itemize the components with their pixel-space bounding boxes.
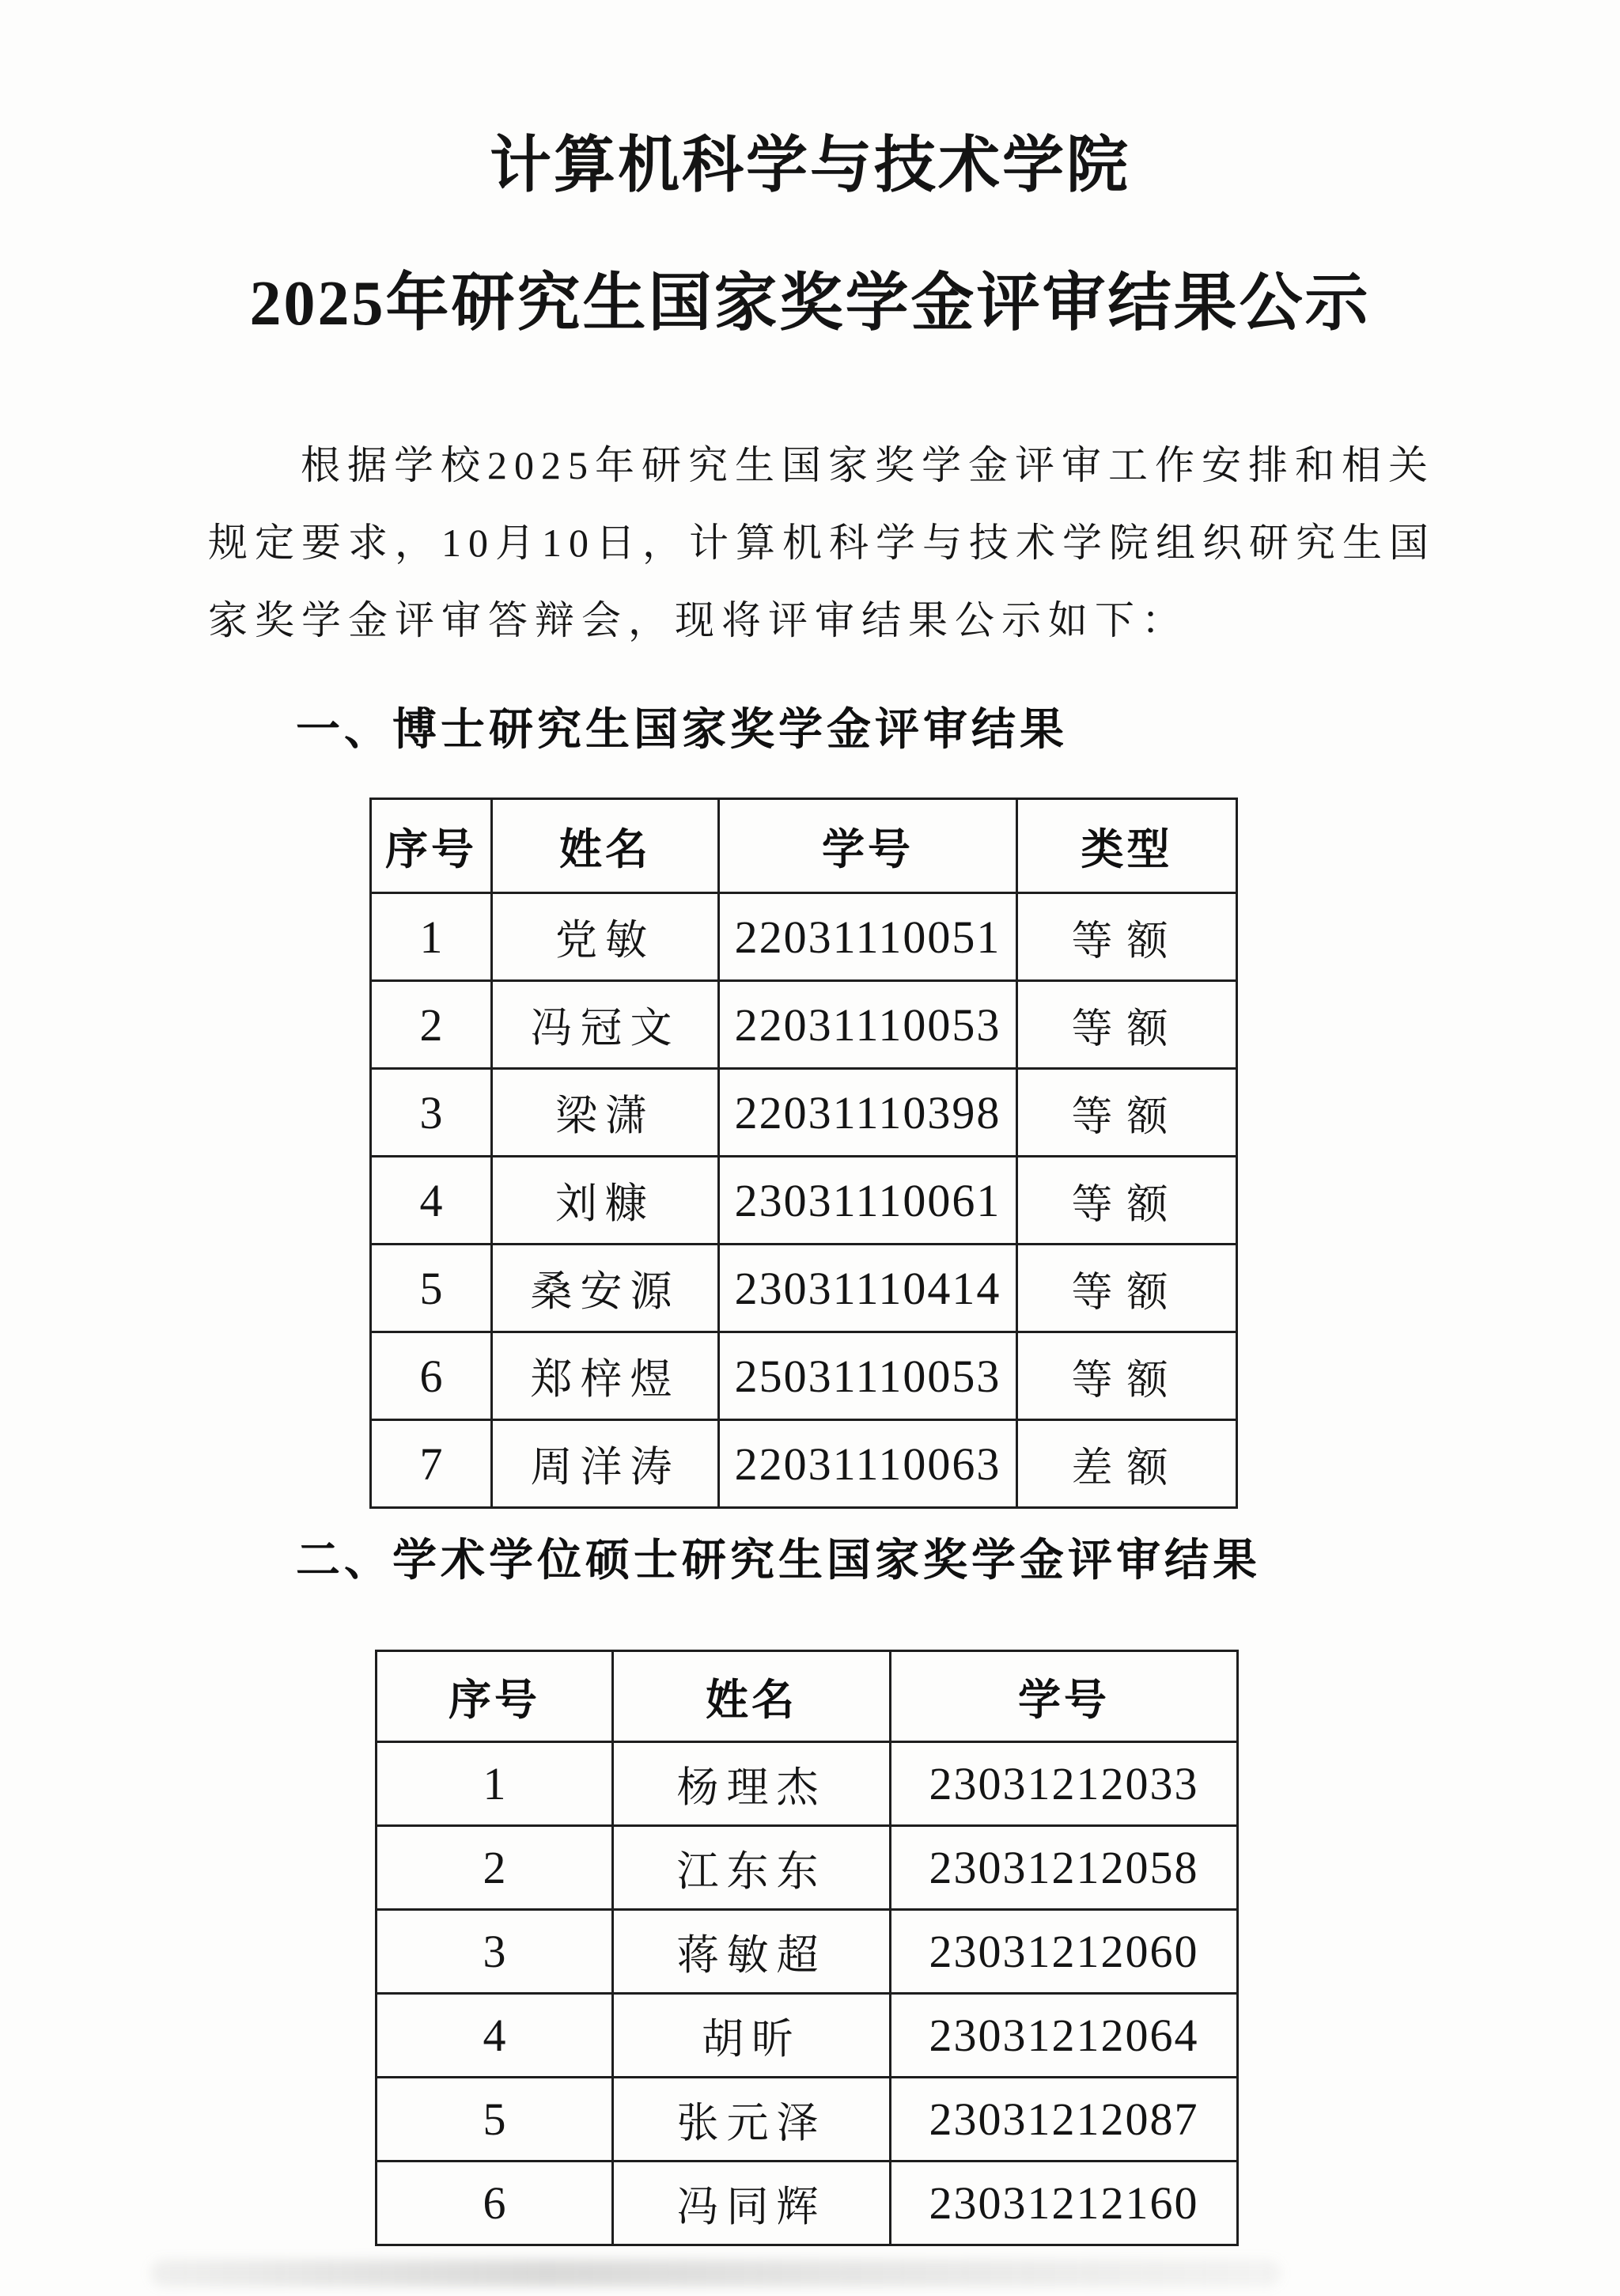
table-cell: 桑安源 xyxy=(492,1245,719,1332)
table-cell: 等额 xyxy=(1017,1332,1237,1420)
body-paragraph-line-1: 根据学校2025年研究生国家奖学金评审工作安排和相关 xyxy=(301,434,1435,491)
masters-results-table: 序号 姓名 学号 1 杨理杰 23031212033 2 江东东 2303121… xyxy=(375,1650,1239,2246)
table-cell: 差额 xyxy=(1017,1420,1237,1508)
table-cell: 23031212033 xyxy=(891,1742,1238,1826)
table-cell: 22031110063 xyxy=(719,1420,1017,1508)
table-row: 5 桑安源 23031110414 等额 xyxy=(371,1245,1237,1332)
column-header-index: 序号 xyxy=(371,799,492,893)
table-cell: 郑梓煜 xyxy=(492,1332,719,1420)
table-header-row: 序号 姓名 学号 xyxy=(377,1651,1238,1742)
table-cell: 22031110053 xyxy=(719,981,1017,1069)
table-cell: 23031212058 xyxy=(891,1826,1238,1910)
table-cell: 23031110414 xyxy=(719,1245,1017,1332)
table-row: 3 梁潇 22031110398 等额 xyxy=(371,1069,1237,1157)
table-cell: 等额 xyxy=(1017,1245,1237,1332)
column-header-name: 姓名 xyxy=(613,1651,891,1742)
table-cell: 25031110053 xyxy=(719,1332,1017,1420)
table-cell: 冯同辉 xyxy=(613,2161,891,2245)
table-cell: 梁潇 xyxy=(492,1069,719,1157)
table-cell: 23031212060 xyxy=(891,1910,1238,1994)
table-row: 1 杨理杰 23031212033 xyxy=(377,1742,1238,1826)
section1-heading: 一、博士研究生国家奖学金评审结果 xyxy=(296,695,1068,758)
column-header-type: 类型 xyxy=(1017,799,1237,893)
table-cell: 23031212064 xyxy=(891,1994,1238,2078)
table-cell: 22031110051 xyxy=(719,893,1017,981)
table-cell: 23031212087 xyxy=(891,2078,1238,2161)
table-cell: 1 xyxy=(371,893,492,981)
table-cell: 张元泽 xyxy=(613,2078,891,2161)
scan-bleed-artifact xyxy=(150,2260,1281,2287)
table-cell: 党敏 xyxy=(492,893,719,981)
table-cell: 4 xyxy=(377,1994,613,2078)
table-cell: 6 xyxy=(371,1332,492,1420)
section2-heading: 二、学术学位硕士研究生国家奖学金评审结果 xyxy=(296,1525,1261,1589)
table-cell: 江东东 xyxy=(613,1826,891,1910)
table-cell: 22031110398 xyxy=(719,1069,1017,1157)
column-header-index: 序号 xyxy=(377,1651,613,1742)
table-cell: 周洋涛 xyxy=(492,1420,719,1508)
table-row: 2 江东东 23031212058 xyxy=(377,1826,1238,1910)
table-cell: 蒋敏超 xyxy=(613,1910,891,1994)
table-row: 6 郑梓煜 25031110053 等额 xyxy=(371,1332,1237,1420)
table-cell: 5 xyxy=(377,2078,613,2161)
body-paragraph-line-2: 规定要求，10月10日，计算机科学与技术学院组织研究生国 xyxy=(208,511,1436,568)
table-cell: 7 xyxy=(371,1420,492,1508)
table-cell: 23031110061 xyxy=(719,1157,1017,1245)
table-row: 7 周洋涛 22031110063 差额 xyxy=(371,1420,1237,1508)
table-cell: 2 xyxy=(371,981,492,1069)
table-cell: 1 xyxy=(377,1742,613,1826)
table-row: 3 蒋敏超 23031212060 xyxy=(377,1910,1238,1994)
table-cell: 胡昕 xyxy=(613,1994,891,2078)
column-header-sid: 学号 xyxy=(891,1651,1238,1742)
table-cell: 等额 xyxy=(1017,1157,1237,1245)
table-row: 4 刘糠 23031110061 等额 xyxy=(371,1157,1237,1245)
table-row: 2 冯冠文 22031110053 等额 xyxy=(371,981,1237,1069)
table-cell: 等额 xyxy=(1017,981,1237,1069)
table-cell: 23031212160 xyxy=(891,2161,1238,2245)
body-paragraph-line-3: 家奖学金评审答辩会，现将评审结果公示如下： xyxy=(208,589,1188,646)
table-row: 1 党敏 22031110051 等额 xyxy=(371,893,1237,981)
phd-results-table: 序号 姓名 学号 类型 1 党敏 22031110051 等额 2 冯冠文 22… xyxy=(369,798,1238,1509)
table-cell: 4 xyxy=(371,1157,492,1245)
table-row: 6 冯同辉 23031212160 xyxy=(377,2161,1238,2245)
table-row: 4 胡昕 23031212064 xyxy=(377,1994,1238,2078)
column-header-sid: 学号 xyxy=(719,799,1017,893)
table-cell: 3 xyxy=(371,1069,492,1157)
column-header-name: 姓名 xyxy=(492,799,719,893)
table-cell: 2 xyxy=(377,1826,613,1910)
table-cell: 等额 xyxy=(1017,893,1237,981)
document-page: 计算机科学与技术学院 2025年研究生国家奖学金评审结果公示 根据学校2025年… xyxy=(0,0,1620,2296)
document-title-line2: 2025年研究生国家奖学金评审结果公示 xyxy=(0,252,1620,343)
table-cell: 6 xyxy=(377,2161,613,2245)
table-cell: 刘糠 xyxy=(492,1157,719,1245)
table-cell: 3 xyxy=(377,1910,613,1994)
table-cell: 等额 xyxy=(1017,1069,1237,1157)
table-header-row: 序号 姓名 学号 类型 xyxy=(371,799,1237,893)
table-cell: 冯冠文 xyxy=(492,981,719,1069)
table-row: 5 张元泽 23031212087 xyxy=(377,2078,1238,2161)
table-cell: 5 xyxy=(371,1245,492,1332)
document-title-line1: 计算机科学与技术学院 xyxy=(0,116,1620,204)
table-cell: 杨理杰 xyxy=(613,1742,891,1826)
